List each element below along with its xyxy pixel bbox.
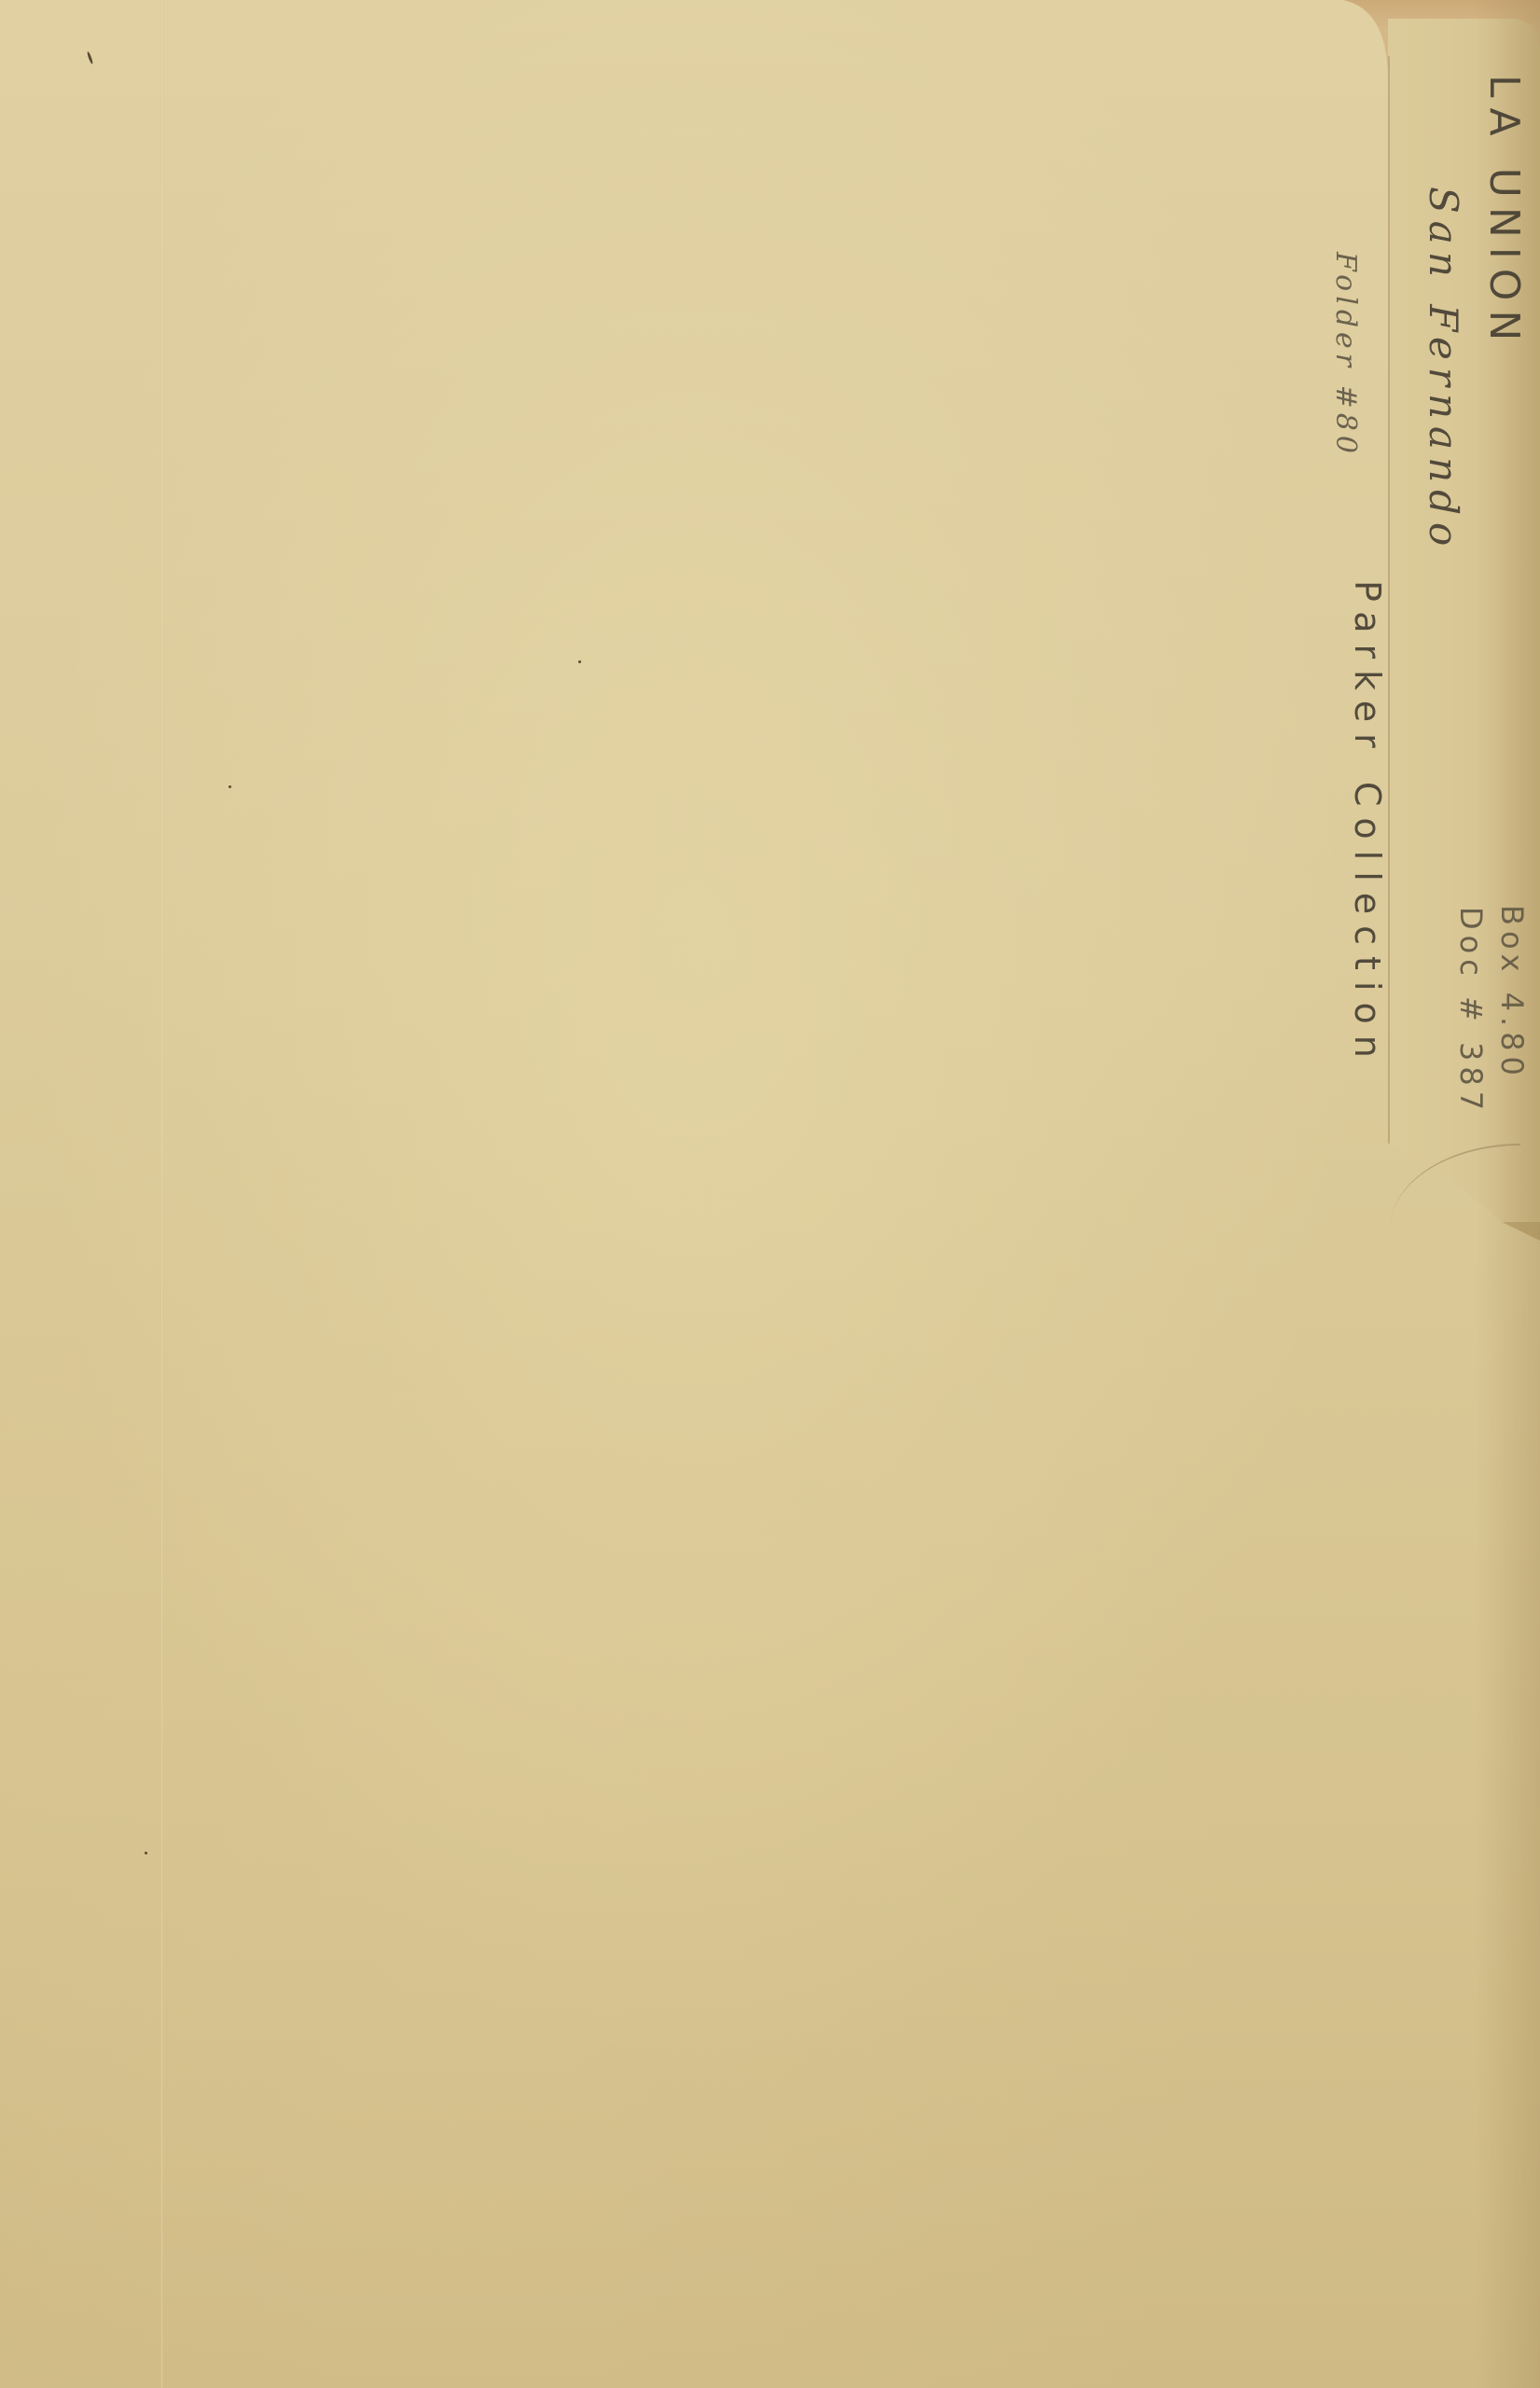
- label-doc-number: Doc # 387: [1453, 907, 1489, 1116]
- label-municipality: San Fernando: [1421, 187, 1466, 553]
- paper-speck: [578, 660, 581, 663]
- label-collection: Parker Collection: [1347, 580, 1388, 1069]
- label-folder-number: Folder #80: [1329, 252, 1362, 458]
- label-place: LA UNION: [1480, 75, 1528, 350]
- folder-crease: [160, 0, 163, 2388]
- folder-front-panel: [0, 0, 1540, 2388]
- label-box-number: Box 4.80: [1494, 905, 1530, 1081]
- paper-speck: [229, 785, 231, 788]
- paper-speck: [145, 1852, 147, 1854]
- tab-cut-edge: [1388, 56, 1390, 1144]
